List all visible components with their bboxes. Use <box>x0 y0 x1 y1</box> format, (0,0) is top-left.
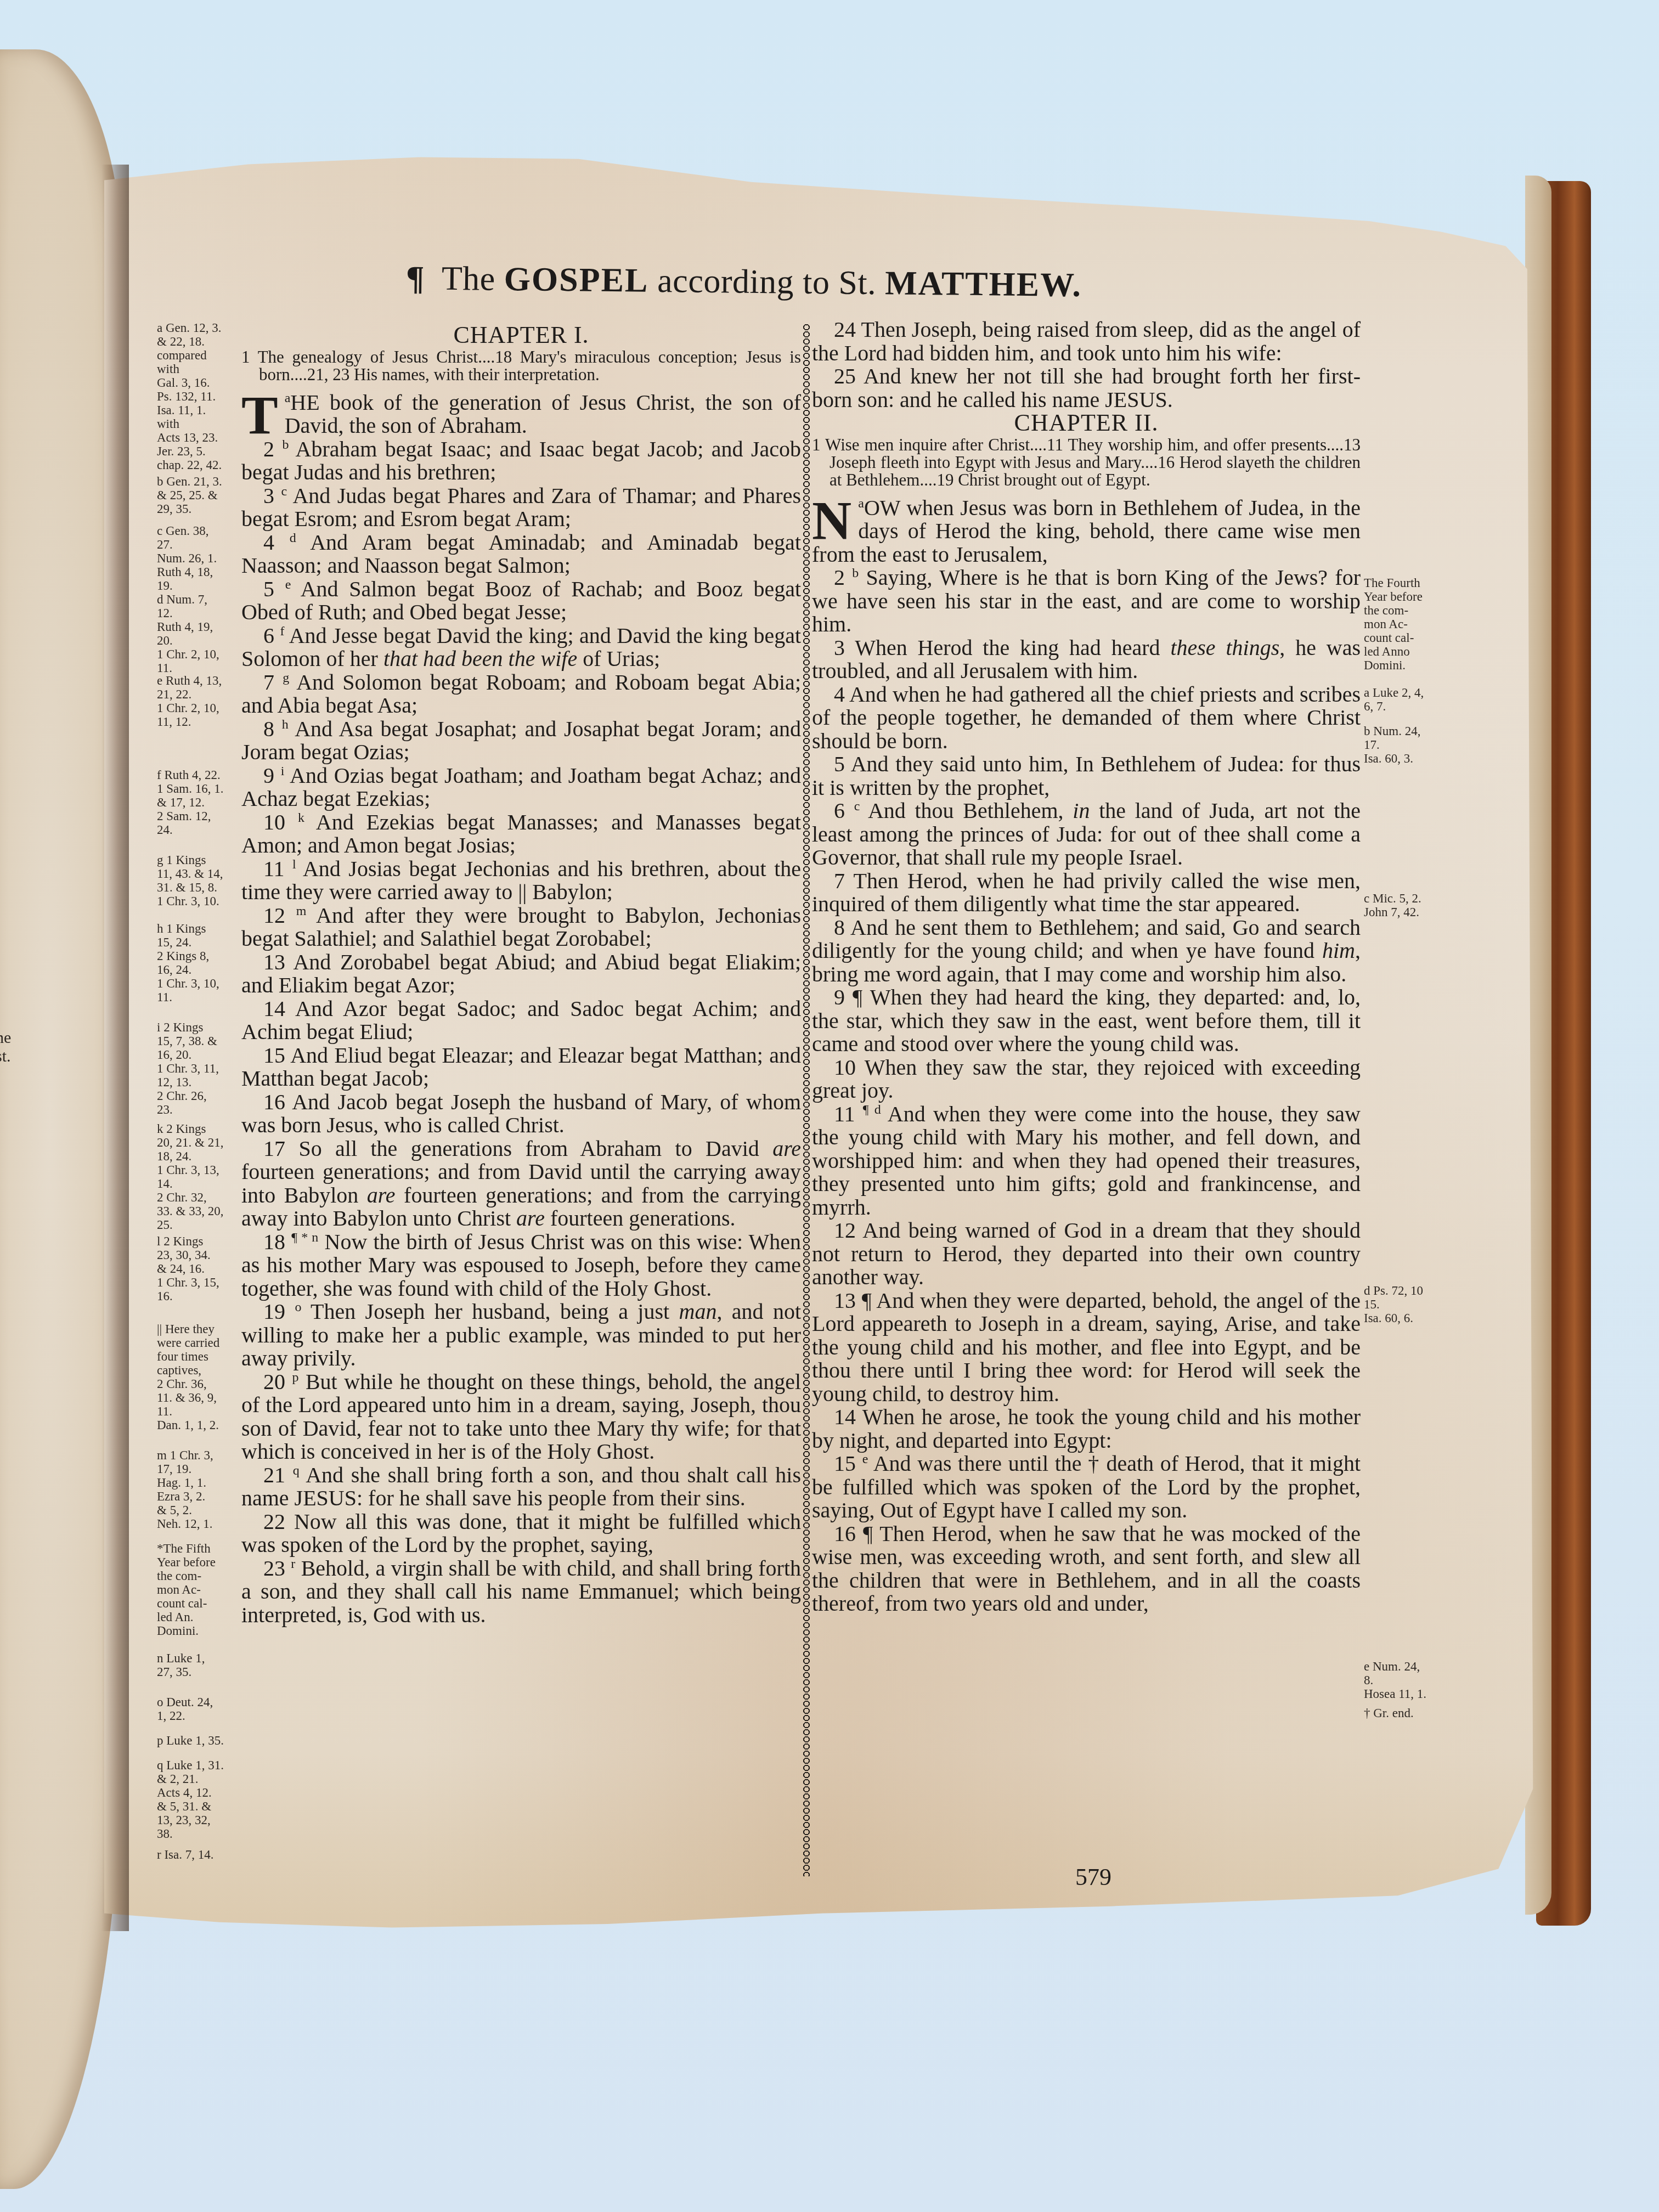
margin-reference-line: i 2 Kings <box>157 1020 239 1034</box>
margin-reference-line: h 1 Kings <box>157 922 239 935</box>
drop-cap: N <box>812 499 851 543</box>
verse: 6 f And Jesse begat David the king; and … <box>241 624 801 671</box>
margin-reference-line: Hag. 1, 1. <box>157 1476 239 1489</box>
verse: 8 h And Asa begat Josaphat; and Josaphat… <box>241 718 801 764</box>
margin-reference-line: 23, 30, 34. <box>157 1248 239 1262</box>
margin-reference-note: n Luke 1,27, 35. <box>157 1651 239 1679</box>
margin-reference-line: p Luke 1, 35. <box>157 1734 239 1747</box>
margin-reference-note: q Luke 1, 31.& 2, 21.Acts 4, 12.& 5, 31.… <box>157 1758 239 1841</box>
margin-reference-line: 25. <box>157 1218 239 1232</box>
margin-reference-line: 1 Chr. 2, 10, <box>157 647 239 661</box>
margin-reference-line: 15, 7, 38. & <box>157 1034 239 1048</box>
verse: 5 e And Salmon begat Booz of Rachab; and… <box>241 578 801 624</box>
margin-reference-line: Ezra 3, 2. <box>157 1489 239 1503</box>
margin-reference-line: 1 Chr. 3, 10. <box>157 894 239 908</box>
verse: 7 Then Herod, when he had privily called… <box>812 870 1361 916</box>
verse: 15 And Eliud begat Eleazar; and Eleazar … <box>241 1044 801 1091</box>
margin-reference-line: & 25, 25. & <box>157 488 239 502</box>
verse: 18 ¶ * n Now the birth of Jesus Christ w… <box>241 1231 801 1301</box>
margin-reference-note: h 1 Kings15, 24.2 Kings 8,16, 24.1 Chr. … <box>157 922 239 1004</box>
margin-reference-line: r Isa. 7, 14. <box>157 1848 239 1861</box>
margin-reference-line: & 5, 31. & <box>157 1799 239 1813</box>
verse: 11 l And Josias begat Jechonias and his … <box>241 857 801 904</box>
margin-reference-line: 1 Chr. 3, 11, <box>157 1062 239 1075</box>
margin-reference-line: 6, 7. <box>1364 699 1441 713</box>
verse: 19 o Then Joseph her husband, being a ju… <box>241 1300 801 1370</box>
margin-reference-line: Jer. 23, 5. <box>157 444 239 458</box>
margin-reference-line: 17, 19. <box>157 1462 239 1476</box>
margin-reference-line: c Gen. 38, <box>157 524 239 538</box>
margin-reference-line: *The Fifth <box>157 1542 239 1555</box>
margin-reference-line: & 2, 21. <box>157 1772 239 1786</box>
verse: 6 c And thou Bethlehem, in the land of J… <box>812 799 1361 870</box>
margin-reference-line: 20. <box>157 634 239 647</box>
margin-reference-line: count cal- <box>1364 631 1441 645</box>
margin-reference-line: 16. <box>157 1289 239 1303</box>
margin-reference-line: count cal- <box>157 1596 239 1610</box>
verse: 9 ¶ When they had heard the king, they d… <box>812 986 1361 1056</box>
margin-reference-note: The FourthYear beforethe com-mon Ac-coun… <box>1364 576 1441 672</box>
margin-reference-note: d Num. 7,12.Ruth 4, 19,20.1 Chr. 2, 10,1… <box>157 592 239 675</box>
drop-cap: T <box>241 393 278 437</box>
margin-reference-note: a Luke 2, 4,6, 7. <box>1364 686 1441 713</box>
margin-reference-line: n Luke 1, <box>157 1651 239 1665</box>
margin-reference-line: d Num. 7, <box>157 592 239 606</box>
margin-reference-line: Ruth 4, 19, <box>157 620 239 634</box>
margin-reference-note: || Here theywere carriedfour timescaptiv… <box>157 1322 239 1432</box>
margin-reference-line: Isa. 60, 6. <box>1364 1311 1441 1325</box>
margin-reference-line: a Luke 2, 4, <box>1364 686 1441 699</box>
margin-reference-line: & 17, 12. <box>157 795 239 809</box>
margin-reference-line: & 22, 18. <box>157 335 239 348</box>
margin-reference-note: f Ruth 4, 22.1 Sam. 16, 1.& 17, 12.2 Sam… <box>157 768 239 837</box>
margin-reference-line: 33. & 33, 20, <box>157 1204 239 1218</box>
margin-reference-note: o Deut. 24,1, 22. <box>157 1695 239 1723</box>
margin-reference-line: Domini. <box>1364 658 1441 672</box>
margin-reference-line: 15. <box>1364 1297 1441 1311</box>
margin-reference-line: chap. 22, 42. <box>157 458 239 472</box>
column-divider-wavy-rule <box>802 324 811 1876</box>
margin-reference-line: 12. <box>157 606 239 620</box>
margin-reference-note: d Ps. 72, 1015.Isa. 60, 6. <box>1364 1284 1441 1325</box>
verse: 7 g And Solomon begat Roboam; and Roboam… <box>241 671 801 718</box>
verse: 12 m And after they were brought to Baby… <box>241 904 801 951</box>
margin-reference-line: † Gr. end. <box>1364 1706 1441 1720</box>
margin-reference-line: Hosea 11, 1. <box>1364 1687 1441 1701</box>
margin-reference-note: m 1 Chr. 3,17, 19.Hag. 1, 1.Ezra 3, 2.& … <box>157 1448 239 1531</box>
title-the: The <box>442 260 496 298</box>
margin-reference-line: 12, 13. <box>157 1075 239 1089</box>
chapter-heading: CHAPTER I. <box>241 324 801 347</box>
margin-reference-note: e Ruth 4, 13,21, 22.1 Chr. 2, 10,11, 12. <box>157 674 239 729</box>
verse: 22 Now all this was done, that it might … <box>241 1510 801 1557</box>
margin-reference-line: 11. & 36, 9, <box>157 1391 239 1404</box>
title-according-to: according to St. <box>657 262 877 302</box>
margin-reference-line: 1 Sam. 16, 1. <box>157 782 239 795</box>
margin-reference-line: 11. <box>157 1404 239 1418</box>
margin-reference-line: e Ruth 4, 13, <box>157 674 239 687</box>
margin-reference-line: 27, 35. <box>157 1665 239 1679</box>
margin-reference-line: 1 Chr. 2, 10, <box>157 701 239 715</box>
margin-reference-line: & 5, 2. <box>157 1503 239 1517</box>
margin-reference-line: 2 Kings 8, <box>157 949 239 963</box>
margin-reference-line: captives, <box>157 1363 239 1377</box>
margin-reference-line: 18, 24. <box>157 1149 239 1163</box>
margin-reference-line: with <box>157 362 239 376</box>
margin-reference-line: & 24, 16. <box>157 1262 239 1276</box>
margin-reference-note: l 2 Kings23, 30, 34.& 24, 16.1 Chr. 3, 1… <box>157 1234 239 1303</box>
verse: 9 i And Ozias begat Joatham; and Joatham… <box>241 764 801 811</box>
margin-reference-note: i 2 Kings15, 7, 38. &16, 20.1 Chr. 3, 11… <box>157 1020 239 1116</box>
margin-reference-line: c Mic. 5, 2. <box>1364 891 1441 905</box>
margin-reference-line: Dan. 1, 1, 2. <box>157 1418 239 1432</box>
margin-reference-line: e Num. 24, <box>1364 1660 1441 1673</box>
chapter-summary: 1 The genealogy of Jesus Christ....18 Ma… <box>241 348 801 383</box>
margin-reference-note: r Isa. 7, 14. <box>157 1848 239 1861</box>
margin-reference-line: four times <box>157 1350 239 1363</box>
margin-reference-line: q Luke 1, 31. <box>157 1758 239 1772</box>
verse: aNOW when Jesus was born in Bethlehem of… <box>812 496 1361 567</box>
margin-reference-line: 16, 24. <box>157 963 239 977</box>
margin-reference-line: 11, 43. & 14, <box>157 867 239 881</box>
margin-reference-line: Ps. 132, 11. <box>157 390 239 403</box>
verse: 2 b Saying, Where is he that is born Kin… <box>812 566 1361 636</box>
verse: 16 And Jacob begat Joseph the husband of… <box>241 1091 801 1137</box>
margin-reference-line: 8. <box>1364 1673 1441 1687</box>
margin-reference-line: Ruth 4, 18, <box>157 565 239 579</box>
margin-reference-line: g 1 Kings <box>157 853 239 867</box>
margin-reference-line: 23. <box>157 1103 239 1116</box>
margin-reference-line: mon Ac- <box>1364 617 1441 631</box>
verse: 14 And Azor begat Sadoc; and Sadoc begat… <box>241 997 801 1044</box>
margin-reference-line: 38. <box>157 1827 239 1841</box>
verse: 21 q And she shall bring forth a son, an… <box>241 1464 801 1510</box>
right-text-column: 24 Then Joseph, being raised from sleep,… <box>812 318 1361 1616</box>
margin-reference-line: 2 Chr. 26, <box>157 1089 239 1103</box>
margin-reference-line: 15, 24. <box>157 935 239 949</box>
verse: 11 ¶ d And when they were come into the … <box>812 1103 1361 1220</box>
verse: aTHE book of the generation of Jesus Chr… <box>241 391 801 438</box>
title-matthew: MATTHEW. <box>885 264 1082 304</box>
margin-reference-line: 31. & 15, 8. <box>157 881 239 894</box>
margin-reference-line: Gal. 3, 16. <box>157 376 239 390</box>
margin-reference-note: e Num. 24,8.Hosea 11, 1. <box>1364 1660 1441 1701</box>
margin-reference-line: 29, 35. <box>157 502 239 516</box>
margin-reference-note: g 1 Kings11, 43. & 14,31. & 15, 8.1 Chr.… <box>157 853 239 908</box>
margin-reference-line: 14. <box>157 1177 239 1190</box>
margin-reference-note: † Gr. end. <box>1364 1706 1441 1720</box>
verse: 10 When they saw the star, they rejoiced… <box>812 1056 1361 1103</box>
margin-reference-line: 11. <box>157 990 239 1004</box>
verse: 3 c And Judas begat Phares and Zara of T… <box>241 484 801 531</box>
margin-reference-line: f Ruth 4, 22. <box>157 768 239 782</box>
margin-reference-line: led An. <box>157 1610 239 1624</box>
margin-reference-line: d Ps. 72, 10 <box>1364 1284 1441 1297</box>
margin-reference-line: compared <box>157 348 239 362</box>
margin-reference-line: Isa. 60, 3. <box>1364 752 1441 765</box>
verse: 20 p But while he thought on these thing… <box>241 1370 801 1464</box>
margin-reference-line: m 1 Chr. 3, <box>157 1448 239 1462</box>
margin-reference-line: 19. <box>157 579 239 592</box>
margin-reference-note: *The FifthYear beforethe com-mon Ac-coun… <box>157 1542 239 1638</box>
margin-reference-line: b Gen. 21, 3. <box>157 475 239 488</box>
verse: 2 b Abraham begat Isaac; and Isaac begat… <box>241 438 801 484</box>
margin-reference-line: 1 Chr. 3, 10, <box>157 977 239 990</box>
verse: 5 And they said unto him, In Bethlehem o… <box>812 753 1361 799</box>
verse: 14 When he arose, he took the young chil… <box>812 1406 1361 1452</box>
left-page-text-fragment: st. <box>0 1047 11 1066</box>
verse: 16 ¶ Then Herod, when he saw that he was… <box>812 1522 1361 1616</box>
verse: 23 r Behold, a virgin shall be with chil… <box>241 1557 801 1627</box>
chapter-heading: CHAPTER II. <box>812 411 1361 435</box>
margin-reference-line: John 7, 42. <box>1364 905 1441 919</box>
title-gospel: GOSPEL <box>504 261 648 300</box>
left-text-column: CHAPTER I. 1 The genealogy of Jesus Chri… <box>241 324 801 1627</box>
chapter-summary: 1 Wise men inquire after Christ....11 Th… <box>812 436 1361 489</box>
margin-reference-line: 1, 22. <box>157 1709 239 1723</box>
margin-reference-line: 17. <box>1364 738 1441 752</box>
margin-reference-line: a Gen. 12, 3. <box>157 321 239 335</box>
margin-reference-line: the com- <box>157 1569 239 1583</box>
verse: 15 e And was there until the † death of … <box>812 1452 1361 1522</box>
margin-reference-line: mon Ac- <box>157 1583 239 1596</box>
verse: 4 And when he had gathered all the chief… <box>812 683 1361 753</box>
verse: 17 So all the generations from Abraham t… <box>241 1137 801 1231</box>
margin-reference-line: 2 Chr. 36, <box>157 1377 239 1391</box>
margin-reference-line: o Deut. 24, <box>157 1695 239 1709</box>
margin-reference-line: Acts 13, 23. <box>157 431 239 444</box>
margin-reference-line: 21, 22. <box>157 687 239 701</box>
margin-reference-line: Num. 26, 1. <box>157 551 239 565</box>
margin-reference-line: led Anno <box>1364 645 1441 658</box>
margin-reference-line: Acts 4, 12. <box>157 1786 239 1799</box>
margin-reference-line: Neh. 12, 1. <box>157 1517 239 1531</box>
verse: 25 And knew her not till she had brought… <box>812 365 1361 411</box>
margin-reference-line: with <box>157 417 239 431</box>
margin-reference-line: 11. <box>157 661 239 675</box>
margin-reference-line: b Num. 24, <box>1364 724 1441 738</box>
margin-reference-note: b Gen. 21, 3.& 25, 25. &29, 35. <box>157 475 239 516</box>
verse: 8 And he sent them to Bethlehem; and sai… <box>812 916 1361 986</box>
margin-reference-line: were carried <box>157 1336 239 1350</box>
page-number: 579 <box>1075 1863 1111 1891</box>
margin-reference-note: b Num. 24,17.Isa. 60, 3. <box>1364 724 1441 765</box>
margin-reference-line: 2 Sam. 12, <box>157 809 239 823</box>
verse: 4 d And Aram begat Aminadab; and Aminada… <box>241 531 801 578</box>
margin-reference-line: Year before <box>1364 590 1441 603</box>
gutter-shadow <box>101 165 129 1931</box>
margin-reference-note: c Mic. 5, 2.John 7, 42. <box>1364 891 1441 919</box>
verse: 10 k And Ezekias begat Manasses; and Man… <box>241 811 801 857</box>
verse: 12 And being warned of God in a dream th… <box>812 1219 1361 1289</box>
margin-reference-line: The Fourth <box>1364 576 1441 590</box>
margin-reference-line: 24. <box>157 823 239 837</box>
margin-reference-note: p Luke 1, 35. <box>157 1734 239 1747</box>
margin-reference-line: 13, 23, 32, <box>157 1813 239 1827</box>
margin-reference-line: l 2 Kings <box>157 1234 239 1248</box>
verse: 13 ¶ And when they were departed, behold… <box>812 1289 1361 1406</box>
margin-reference-line: 2 Chr. 32, <box>157 1190 239 1204</box>
margin-reference-line: the com- <box>1364 603 1441 617</box>
margin-reference-line: Isa. 11, 1. <box>157 403 239 417</box>
margin-reference-note: k 2 Kings20, 21. & 21,18, 24.1 Chr. 3, 1… <box>157 1122 239 1232</box>
margin-reference-line: 20, 21. & 21, <box>157 1136 239 1149</box>
margin-reference-line: Domini. <box>157 1624 239 1638</box>
margin-reference-line: k 2 Kings <box>157 1122 239 1136</box>
margin-reference-line: 27. <box>157 538 239 551</box>
margin-reference-note: c Gen. 38,27.Num. 26, 1.Ruth 4, 18,19. <box>157 524 239 592</box>
margin-reference-line: 11, 12. <box>157 715 239 729</box>
margin-reference-line: || Here they <box>157 1322 239 1336</box>
margin-reference-line: 1 Chr. 3, 15, <box>157 1276 239 1289</box>
margin-reference-line: 1 Chr. 3, 13, <box>157 1163 239 1177</box>
left-page-text-fragment: he <box>0 1029 11 1047</box>
margin-reference-line: Year before <box>157 1555 239 1569</box>
margin-reference-note: a Gen. 12, 3.& 22, 18.comparedwithGal. 3… <box>157 321 239 472</box>
pilcrow-icon: ¶ <box>406 259 425 297</box>
verse: 24 Then Joseph, being raised from sleep,… <box>812 318 1361 365</box>
verse: 13 And Zorobabel begat Abiud; and Abiud … <box>241 951 801 997</box>
verse: 3 When Herod the king had heard these th… <box>812 636 1361 683</box>
margin-reference-line: 16, 20. <box>157 1048 239 1062</box>
